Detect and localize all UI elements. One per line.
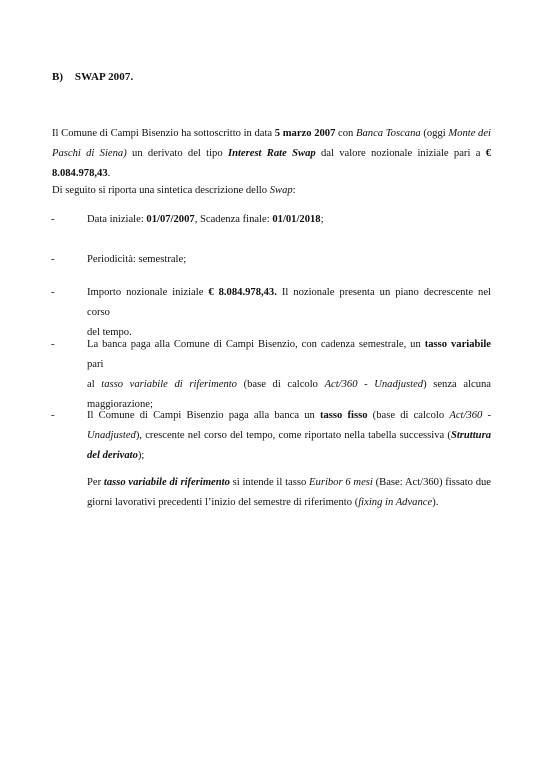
end-date: 01/01/2018 [272, 214, 320, 225]
bullet-dash: - [51, 406, 55, 426]
section-number: B) [52, 71, 72, 83]
text: Il Comune di Campi Bisenzio ha sottoscri… [52, 128, 275, 139]
index-name: Euribor 6 mesi [309, 477, 373, 488]
bullet-dash: - [51, 250, 55, 270]
text: (base di calcolo [368, 410, 450, 421]
day-count-basis-cont: Unadjusted [87, 430, 136, 441]
bank-name: Banca Toscana [356, 128, 421, 139]
text: Importo nozionale iniziale [87, 287, 208, 298]
text: dal valore nozionale iniziale pari a [316, 148, 486, 159]
text: : [293, 185, 296, 196]
section-title: SWAP 2007. [75, 71, 133, 83]
text: un derivato del tipo [127, 148, 228, 159]
text: . [108, 168, 111, 179]
section-heading: B) SWAP 2007. [52, 71, 133, 83]
fixed-rate-term: tasso fisso [320, 410, 368, 421]
list-item-bank-pays: - La banca paga alla Comune di Campi Bis… [87, 335, 491, 415]
text: ) senza alcuna [423, 379, 491, 390]
text: ; [321, 214, 324, 225]
fixing-term: fixing in Advance [358, 497, 432, 508]
text: ); [138, 450, 144, 461]
variable-rate-term: tasso variabile [425, 339, 491, 350]
text: , Scadenza finale: [195, 214, 273, 225]
list-item-dates: - Data iniziale: 01/07/2007, Scadenza fi… [87, 210, 491, 230]
product-type: Interest Rate Swap [228, 148, 316, 159]
list-item-notional: - Importo nozionale iniziale € 8.084.978… [87, 283, 491, 343]
swap-term: Swap [270, 185, 293, 196]
text: al [87, 379, 101, 390]
current-bank-name: Monte dei [448, 128, 491, 139]
intro-line-1: Il Comune di Campi Bisenzio ha sottoscri… [52, 124, 491, 144]
text: (oggi [421, 128, 449, 139]
text: (base di calcolo [237, 379, 325, 390]
text: giorni lavorativi precedenti l’inizio de… [87, 497, 358, 508]
structure-ref-cont: del derivato [87, 450, 138, 461]
bullet-dash: - [51, 335, 55, 355]
contract-date: 5 marzo 2007 [275, 128, 336, 139]
intro-line-2: Paschi di Siena) un derivato del tipo In… [52, 148, 491, 179]
day-count-basis: Act/360 - [449, 410, 491, 421]
text: Il Comune di Campi Bisenzio paga alla ba… [87, 410, 320, 421]
list-item-comune-pays: - Il Comune di Campi Bisenzio paga alla … [87, 406, 491, 466]
notional-amount: € 8.084.978,43. [208, 287, 277, 298]
text: pari [87, 359, 103, 370]
reference-rate-term: tasso variabile di riferimento [104, 477, 230, 488]
text: La banca paga alla Comune di Campi Bisen… [87, 339, 425, 350]
intro-paragraph: Il Comune di Campi Bisenzio ha sottoscri… [52, 124, 491, 184]
definition-paragraph: Per tasso variabile di riferimento si in… [87, 473, 491, 513]
text: Data iniziale: [87, 214, 146, 225]
day-count-basis: Act/360 - Unadjusted [325, 379, 424, 390]
bullet-dash: - [51, 283, 55, 303]
current-bank-name-cont: Paschi di Siena) [52, 148, 127, 159]
reference-rate-term: tasso variabile di riferimento [101, 379, 237, 390]
text: si intende il tasso [230, 477, 309, 488]
bullet-dash: - [51, 210, 55, 230]
document-page: B) SWAP 2007. Il Comune di Campi Bisenzi… [0, 0, 542, 767]
start-date: 01/07/2007 [146, 214, 194, 225]
list-item-frequency: - Periodicità: semestrale; [87, 250, 491, 270]
lead-paragraph: Di seguito si riporta una sintetica desc… [52, 181, 491, 201]
text: Periodicità: semestrale; [87, 254, 186, 265]
text: con [335, 128, 356, 139]
text: Per [87, 477, 104, 488]
text: ). [432, 497, 438, 508]
text: ), crescente nel corso del tempo, come r… [136, 430, 451, 441]
text: (Base: Act/360) fissato due [373, 477, 491, 488]
text: Di seguito si riporta una sintetica desc… [52, 185, 270, 196]
structure-ref: Struttura [451, 430, 491, 441]
